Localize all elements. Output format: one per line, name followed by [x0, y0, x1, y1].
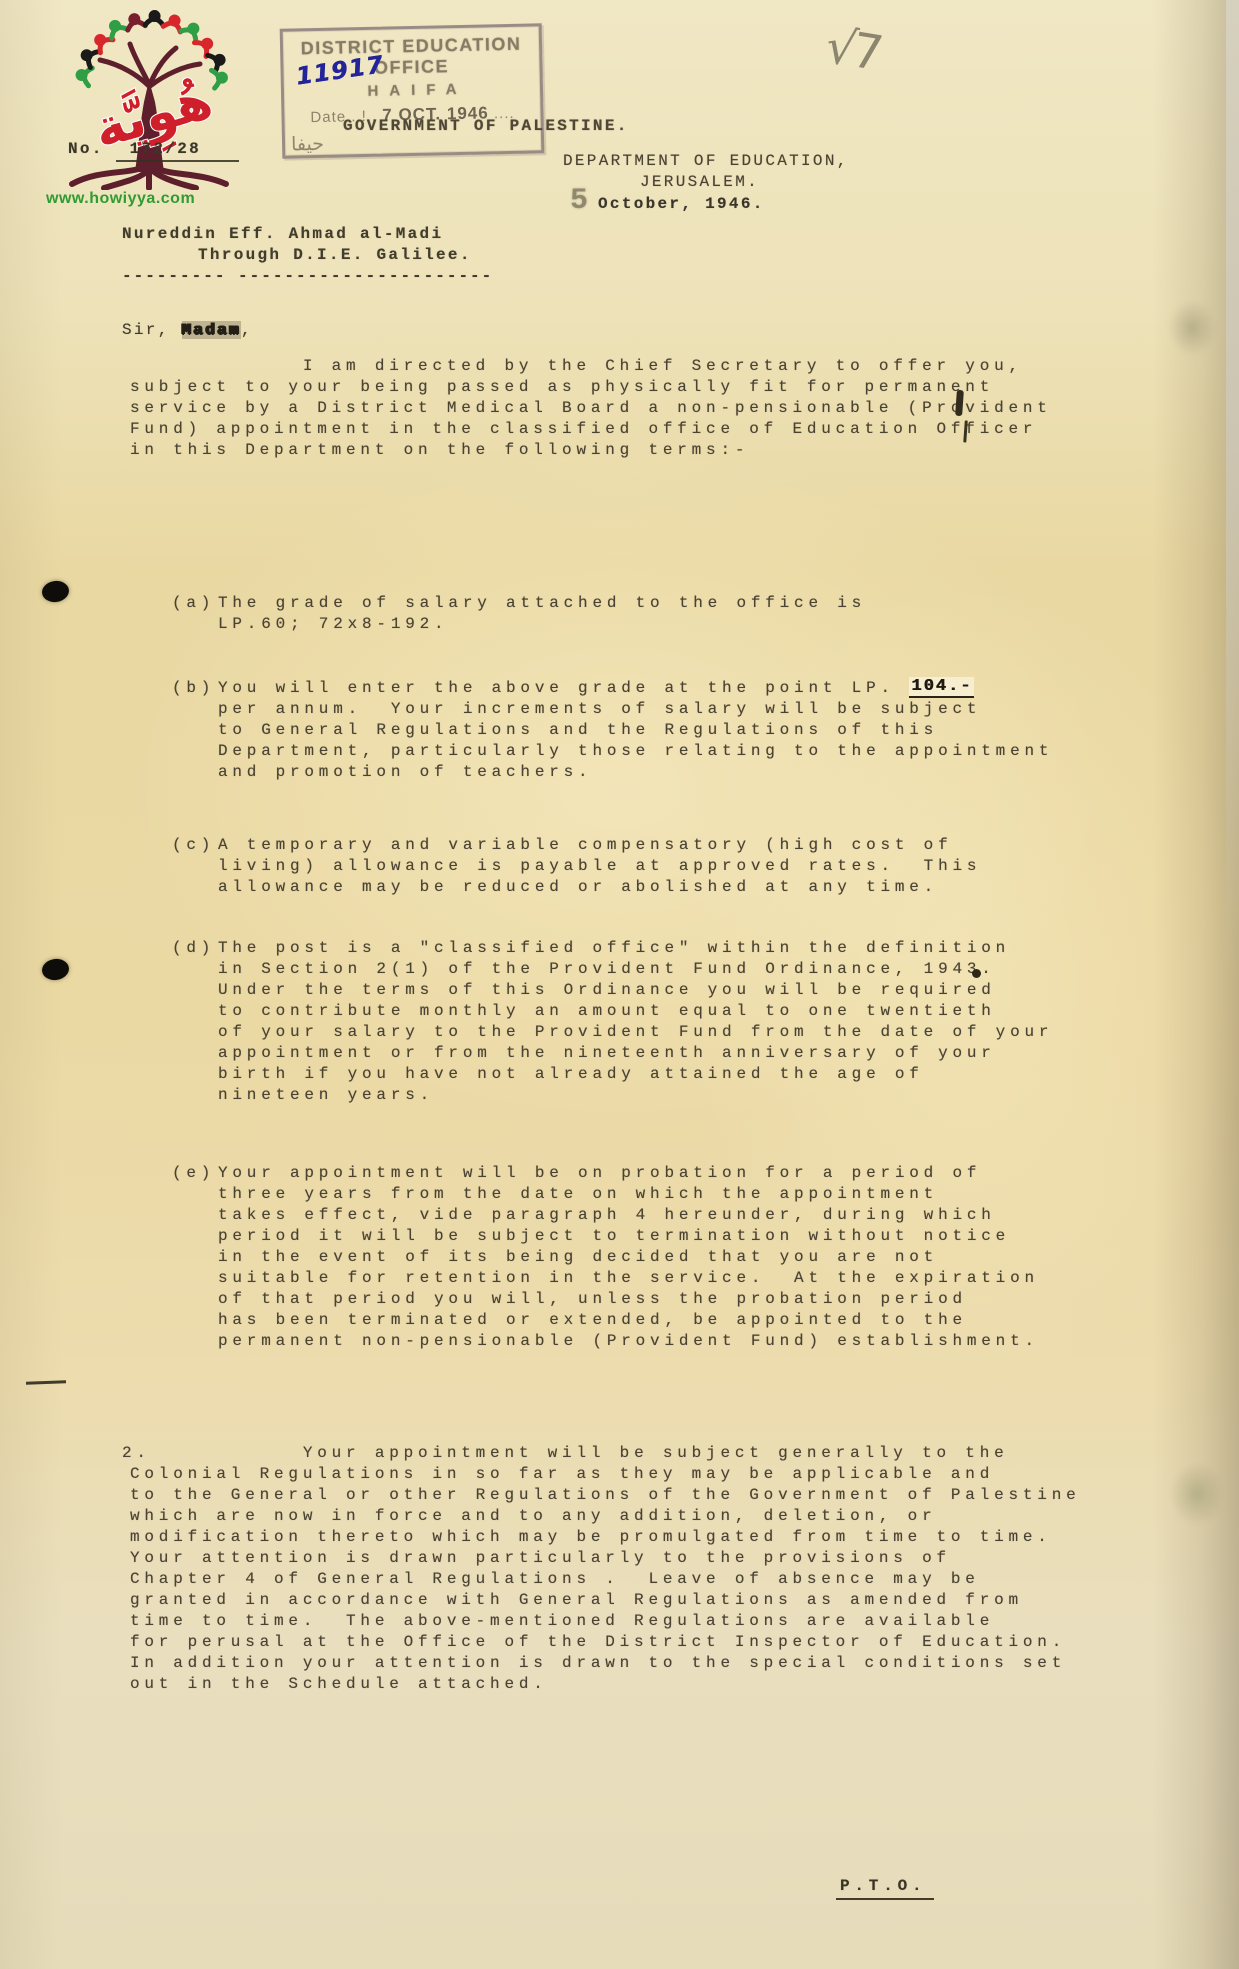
- reference-label: No.: [68, 140, 104, 158]
- term-b-text: You will enter the above grade at the po…: [218, 678, 1182, 783]
- pto-text: P.T.O.: [836, 1877, 934, 1900]
- reference-value: 172/28: [116, 140, 239, 162]
- term-e-label: (e): [172, 1163, 215, 1184]
- date-day-stamp: 5: [570, 191, 588, 212]
- pencil-mark: √7: [822, 18, 883, 82]
- salutation: Sir, Madam,: [122, 320, 253, 341]
- term-c-text: A temporary and variable compensatory (h…: [218, 835, 1182, 898]
- term-a: (a) The grade of salary attached to the …: [172, 593, 1182, 635]
- stamp-date-label: Date: [310, 108, 346, 126]
- addressee-underline: --------- ----------------------: [122, 266, 493, 287]
- term-b-handwritten-value: 104.-: [909, 677, 974, 698]
- government-line: GOVERNMENT OF PALESTINE.: [343, 116, 629, 137]
- department-line: DEPARTMENT OF EDUCATION,: [563, 151, 849, 172]
- punch-hole-bottom: [41, 957, 71, 982]
- addressee-name: Nureddin Eff. Ahmad al-Madi: [122, 224, 493, 245]
- paragraph-1: I am directed by the Chief Secretary to …: [130, 356, 1200, 461]
- term-e-text: Your appointment will be on probation fo…: [218, 1163, 1182, 1352]
- addressee-block: Nureddin Eff. Ahmad al-Madi Through D.I.…: [122, 224, 493, 287]
- city-line: JERUSALEM.: [640, 172, 759, 193]
- term-b-post: per annum. Your increments of salary wil…: [218, 700, 1053, 781]
- term-d-label: (d): [172, 938, 215, 959]
- salutation-struck-word: Madam: [182, 321, 242, 339]
- date-rest: October, 1946.: [598, 194, 765, 215]
- handwritten-arabic-note: حيفا: [291, 133, 324, 156]
- term-d: (d) The post is a "classified office" wi…: [172, 938, 1182, 1106]
- paragraph-2: Your appointment will be subject general…: [130, 1443, 1210, 1695]
- bleed-through-smudge-top: [1168, 300, 1216, 356]
- letter-date: 5 October, 1946.: [570, 191, 765, 215]
- term-c: (c) A temporary and variable compensator…: [172, 835, 1182, 898]
- ink-dot: [972, 969, 981, 978]
- howiyya-tree-logo: هُوِيَّة: [38, 6, 266, 190]
- term-b-pre: You will enter the above grade at the po…: [218, 679, 909, 697]
- salutation-post: ,: [241, 321, 253, 339]
- watermark-site-url: www.howiyya.com: [46, 190, 195, 208]
- term-a-text: The grade of salary attached to the offi…: [218, 593, 1182, 635]
- term-a-label: (a): [172, 593, 215, 614]
- pto-note: P.T.O.: [836, 1876, 934, 1897]
- margin-pen-dash: [26, 1380, 66, 1384]
- punch-hole-top: [41, 579, 71, 604]
- reference-number: No. 172/28: [68, 139, 239, 160]
- term-c-label: (c): [172, 835, 215, 856]
- term-e: (e) Your appointment will be on probatio…: [172, 1163, 1182, 1352]
- addressee-route: Through D.I.E. Galilee.: [122, 245, 493, 266]
- scanned-letter-page: هُوِيَّة www.howiyya.com DISTRICT EDUCAT…: [0, 0, 1239, 1969]
- received-stamp: DISTRICT EDUCATION OFFICE HAIFA Date ..!…: [280, 23, 545, 158]
- term-b-label: (b): [172, 678, 215, 699]
- paper-edge: [1226, 0, 1239, 980]
- salutation-pre: Sir,: [122, 321, 182, 339]
- term-b: (b) You will enter the above grade at th…: [172, 678, 1182, 783]
- term-d-text: The post is a "classified office" within…: [218, 938, 1182, 1106]
- bleed-through-smudge-bottom: [1170, 1462, 1224, 1526]
